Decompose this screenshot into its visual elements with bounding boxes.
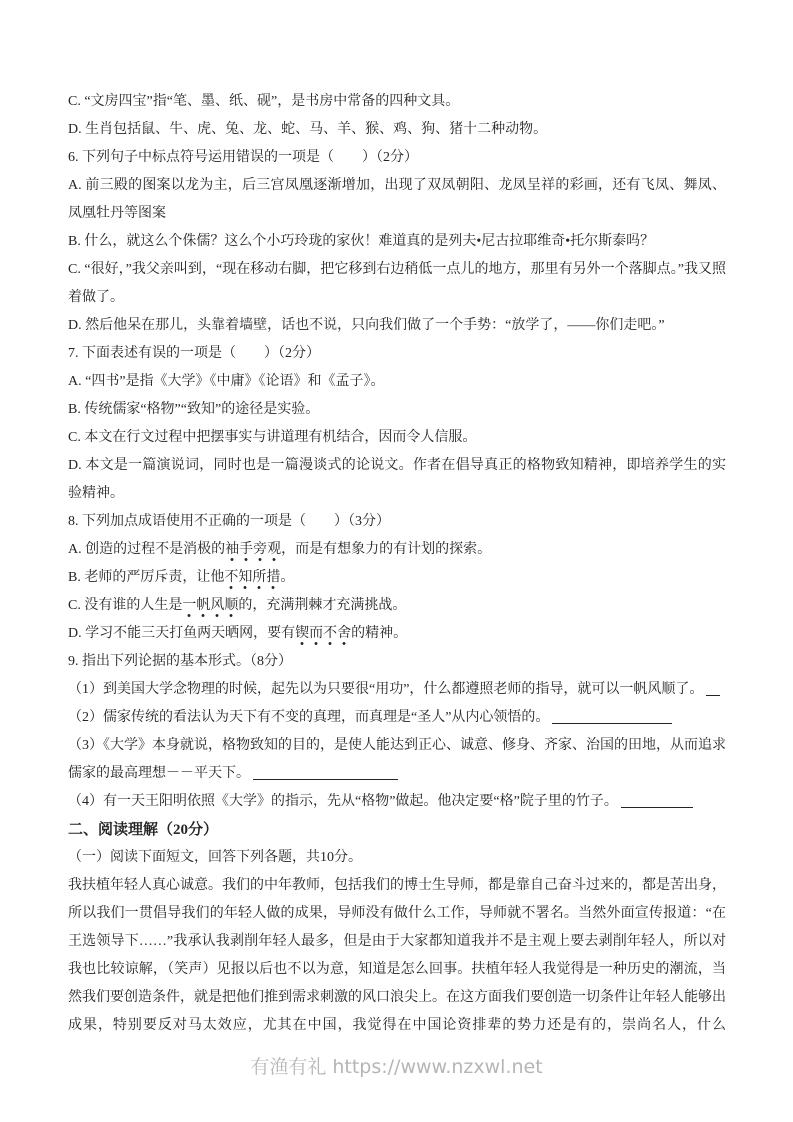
text-run: 6. 下列句子中标点符号运用错误的一项是（ ）（2分） [68, 150, 418, 165]
text-line: C. 本文在行文过程中把摆事实与讲道理有机结合，因而令人信服。 [68, 424, 726, 452]
text-run: 我扶植年轻人真心诚意。我们的中年教师，包括我们的博士生导师，都是靠自己奋斗过来的… [68, 878, 726, 1033]
text-run: B. 传统儒家“格物”“致知”的途径是实验。 [68, 402, 319, 417]
text-run: A. 创造的过程不是消极的 [68, 542, 225, 557]
text-line: A. “四书”是指《大学》《中庸》《论语》和《孟子》。 [68, 368, 726, 396]
text-run: B. 什么，就这么个侏儒？这么个小巧玲珑的家伙！难道真的是列夫•尼古拉耶维奇•托… [68, 234, 654, 249]
text-line: C. 没有谁的人生是一帆风顺的，充满荆棘才充满挑战。 [68, 592, 726, 620]
text-run: 的，充满荆棘才充满挑战。 [238, 598, 406, 613]
answer-blank [621, 797, 693, 808]
text-run: （4）有一天王阳明依照《大学》的指示，先从“格物”做起。他决定要“格”院子里的竹… [68, 794, 618, 809]
text-run: C. “很好，”我父亲叫到，“现在移动右脚，把它移到右边稍低一点儿的地方，那里有… [68, 262, 726, 305]
text-run: C. 没有谁的人生是 [68, 598, 182, 613]
text-run: A. “四书”是指《大学》《中庸》《论语》和《孟子》。 [68, 374, 385, 389]
text-line: C. “很好，”我父亲叫到，“现在移动右脚，把它移到右边稍低一点儿的地方，那里有… [68, 256, 726, 312]
text-run: 。 [280, 570, 294, 585]
text-run: D. 然后他呆在那儿，头靠着墙壁，话也不说，只向我们做了一个手势：“放学了，——… [68, 318, 665, 333]
answer-blank [706, 685, 720, 696]
text-line: D. 然后他呆在那儿，头靠着墙壁，话也不说，只向我们做了一个手势：“放学了，——… [68, 312, 726, 340]
text-run: 二、阅读理解（20分） [68, 822, 218, 838]
text-run: ，而是有想象力的有计划的探索。 [281, 542, 491, 557]
text-line: 7. 下面表述有误的一项是（ ）（2分） [68, 340, 726, 368]
text-run: （一）阅读下面短文，回答下列各题，共10分。 [68, 850, 362, 865]
text-run: （1）到美国大学念物理的时候，起先以为只要很“用功”，什么都遵照老师的指导，就可… [68, 682, 703, 697]
text-line: D. 本文是一篇演说词，同时也是一篇漫谈式的论说文。作者在倡导真正的格物致知精神… [68, 452, 726, 508]
text-line: B. 老师的严厉斥责，让他不知所措。 [68, 564, 726, 592]
text-line: 8. 下列加点成语使用不正确的一项是（ ）（3分） [68, 508, 726, 536]
text-run: C. 本文在行文过程中把摆事实与讲道理有机结合，因而令人信服。 [68, 430, 476, 445]
text-run: A. 前三殿的图案以龙为主，后三宫凤凰逐渐增加，出现了双凤朝阳、龙凤呈祥的彩画，… [68, 178, 726, 221]
text-line: 6. 下列句子中标点符号运用错误的一项是（ ）（2分） [68, 144, 726, 172]
text-run: D. 学习不能三天打鱼两天晒网，要有 [68, 626, 295, 641]
text-line: A. 前三殿的图案以龙为主，后三宫凤凰逐渐增加，出现了双凤朝阳、龙凤呈祥的彩画，… [68, 172, 726, 228]
text-line: （4）有一天王阳明依照《大学》的指示，先从“格物”做起。他决定要“格”院子里的竹… [68, 788, 726, 816]
emphasized-idiom: 袖手旁观 [225, 542, 281, 562]
text-line: （3）《大学》本身就说，格物致知的目的，是使人能达到正心、诚意、修身、齐家、治国… [68, 732, 726, 788]
text-run: 8. 下列加点成语使用不正确的一项是（ ）（3分） [68, 514, 390, 529]
text-run: 7. 下面表述有误的一项是（ ）（2分） [68, 346, 320, 361]
document-page: C. “文房四宝”指“笔、墨、纸、砚”，是书房中常备的四种文具。D. 生肖包括鼠… [0, 0, 793, 1122]
text-run: 9. 指出下列论据的基本形式。（8分） [68, 654, 292, 669]
answer-blank [253, 769, 398, 780]
text-line: （一）阅读下面短文，回答下列各题，共10分。 [68, 844, 726, 872]
emphasized-idiom: 锲而不舍 [295, 626, 351, 646]
text-line: 我扶植年轻人真心诚意。我们的中年教师，包括我们的博士生导师，都是靠自己奋斗过来的… [68, 872, 726, 1040]
text-run: B. 老师的严厉斥责，让他 [68, 570, 224, 585]
text-line: （1）到美国大学念物理的时候，起先以为只要很“用功”，什么都遵照老师的指导，就可… [68, 676, 726, 704]
text-line: （2）儒家传统的看法认为天下有不变的真理，而真理是“圣人”从内心领悟的。 [68, 704, 726, 732]
watermark-footer: 有渔有礼 https://www.nzxwl.net [0, 1052, 793, 1079]
answer-blank [552, 713, 672, 724]
section-heading: 二、阅读理解（20分） [68, 816, 726, 844]
text-line: A. 创造的过程不是消极的袖手旁观，而是有想象力的有计划的探索。 [68, 536, 726, 564]
emphasized-idiom: 一帆风顺 [182, 598, 238, 618]
text-line: B. 什么，就这么个侏儒？这么个小巧玲珑的家伙！难道真的是列夫•尼古拉耶维奇•托… [68, 228, 726, 256]
text-run: （2）儒家传统的看法认为天下有不变的真理，而真理是“圣人”从内心领悟的。 [68, 710, 549, 725]
text-line: B. 传统儒家“格物”“致知”的途径是实验。 [68, 396, 726, 424]
text-line: C. “文房四宝”指“笔、墨、纸、砚”，是书房中常备的四种文具。 [68, 88, 726, 116]
text-line: 9. 指出下列论据的基本形式。（8分） [68, 648, 726, 676]
text-run: C. “文房四宝”指“笔、墨、纸、砚”，是书房中常备的四种文具。 [68, 94, 459, 109]
emphasized-idiom: 不知所措 [224, 570, 280, 590]
text-run: D. 本文是一篇演说词，同时也是一篇漫谈式的论说文。作者在倡导真正的格物致知精神… [68, 458, 726, 501]
text-run: D. 生肖包括鼠、牛、虎、兔、龙、蛇、马、羊、猴、鸡、狗、猪十二种动物。 [68, 122, 547, 137]
text-run: 的精神。 [351, 626, 407, 641]
document-content: C. “文房四宝”指“笔、墨、纸、砚”，是书房中常备的四种文具。D. 生肖包括鼠… [68, 88, 726, 1040]
text-line: D. 学习不能三天打鱼两天晒网，要有锲而不舍的精神。 [68, 620, 726, 648]
text-line: D. 生肖包括鼠、牛、虎、兔、龙、蛇、马、羊、猴、鸡、狗、猪十二种动物。 [68, 116, 726, 144]
